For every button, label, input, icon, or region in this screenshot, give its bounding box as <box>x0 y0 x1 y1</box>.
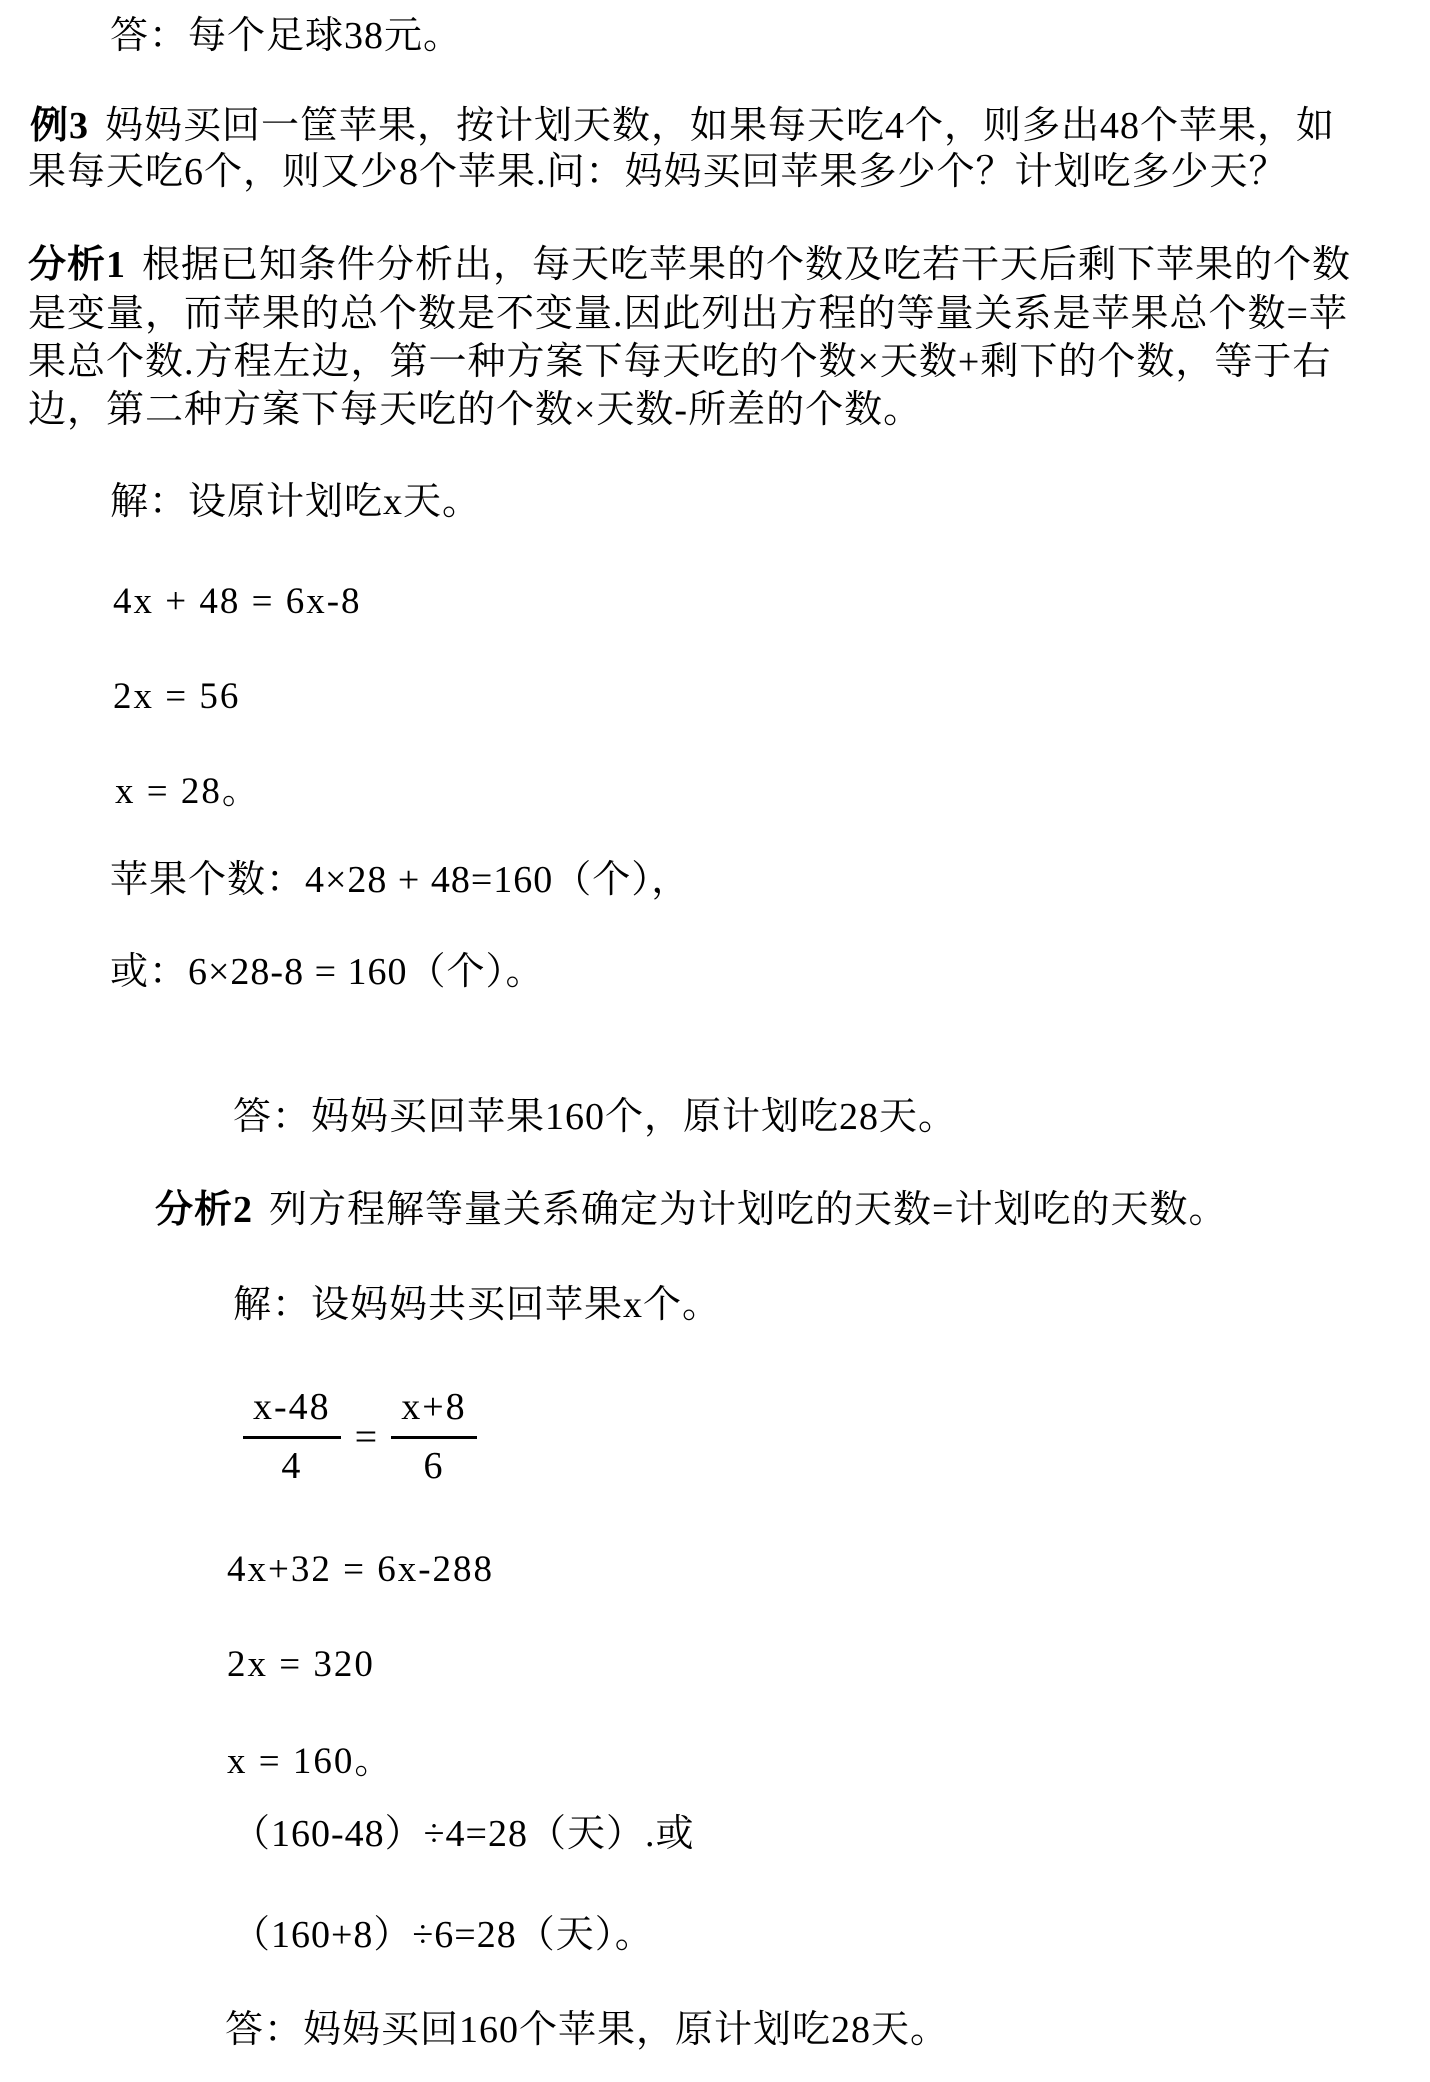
solution2-answer-line: 答：妈妈买回160个苹果，原计划吃28天。 <box>225 2008 949 2053</box>
solution1-setup-line: 解：设原计划吃x天。 <box>110 480 481 525</box>
previous-answer-line: 答：每个足球38元。 <box>110 14 462 59</box>
analysis1-line-2: 是变量，而苹果的总个数是不变量.因此列出方程的等量关系是苹果总个数=苹 <box>28 292 1348 337</box>
solution1-equation-2: 2x = 56 <box>113 675 240 719</box>
fraction-right-denominator: 6 <box>423 1439 444 1488</box>
fraction-equation: x-48 4 = x+8 6 <box>243 1385 477 1488</box>
solution1-equation-1: 4x + 48 = 6x-8 <box>113 580 362 624</box>
fraction-equals-sign: = <box>355 1413 378 1460</box>
page: 答：每个足球38元。 例3妈妈买回一筐苹果，按计划天数，如果每天吃4个，则多出4… <box>0 0 1430 2082</box>
fraction-right-numerator: x+8 <box>391 1385 476 1439</box>
analysis1-line-3: 果总个数.方程左边，第一种方案下每天吃的个数×天数+剩下的个数，等于右 <box>28 340 1331 385</box>
solution2-equation-3: x = 160。 <box>227 1740 393 1784</box>
solution2-setup-line: 解：设妈妈共买回苹果x个。 <box>233 1283 721 1328</box>
solution1-apples-line: 苹果个数：4×28 + 48=160（个）， <box>110 858 690 903</box>
example-text-line-1: 例3妈妈买回一筐苹果，按计划天数，如果每天吃4个，则多出48个苹果，如 <box>30 104 1335 149</box>
solution2-days-line-1: （160-48）÷4=28（天）.或 <box>232 1812 694 1857</box>
solution1-answer-line: 答：妈妈买回苹果160个，原计划吃28天。 <box>233 1095 957 1140</box>
fraction-left-numerator: x-48 <box>243 1385 341 1439</box>
analysis1-line-4: 边，第二种方案下每天吃的个数×天数-所差的个数。 <box>28 388 922 433</box>
solution1-alternative-line: 或：6×28-8 = 160（个）。 <box>110 950 545 995</box>
analysis1-line-1: 分析1根据已知条件分析出，每天吃苹果的个数及吃若干天后剩下苹果的个数 <box>28 243 1351 288</box>
analysis2-text: 列方程解等量关系确定为计划吃的天数=计划吃的天数。 <box>269 1189 1227 1231</box>
analysis2-label: 分析2 <box>155 1189 253 1231</box>
example-line-1-text: 妈妈买回一筐苹果，按计划天数，如果每天吃4个，则多出48个苹果，如 <box>105 105 1335 147</box>
fraction-left-denominator: 4 <box>281 1439 302 1488</box>
solution2-days-line-2: （160+8）÷6=28（天）。 <box>232 1913 654 1958</box>
solution1-equation-3: x = 28。 <box>115 770 261 814</box>
solution2-equation-1: 4x+32 = 6x-288 <box>227 1548 494 1592</box>
analysis1-label: 分析1 <box>28 244 126 286</box>
analysis1-line-1-text: 根据已知条件分析出，每天吃苹果的个数及吃若干天后剩下苹果的个数 <box>142 244 1351 286</box>
example-label: 例3 <box>30 105 89 147</box>
solution2-equation-2: 2x = 320 <box>227 1643 375 1687</box>
fraction-right: x+8 6 <box>391 1385 476 1488</box>
example-text-line-2: 果每天吃6个，则又少8个苹果.问：妈妈买回苹果多少个？计划吃多少天？ <box>28 150 1288 195</box>
analysis2-line: 分析2列方程解等量关系确定为计划吃的天数=计划吃的天数。 <box>155 1188 1227 1233</box>
fraction-left: x-48 4 <box>243 1385 341 1488</box>
